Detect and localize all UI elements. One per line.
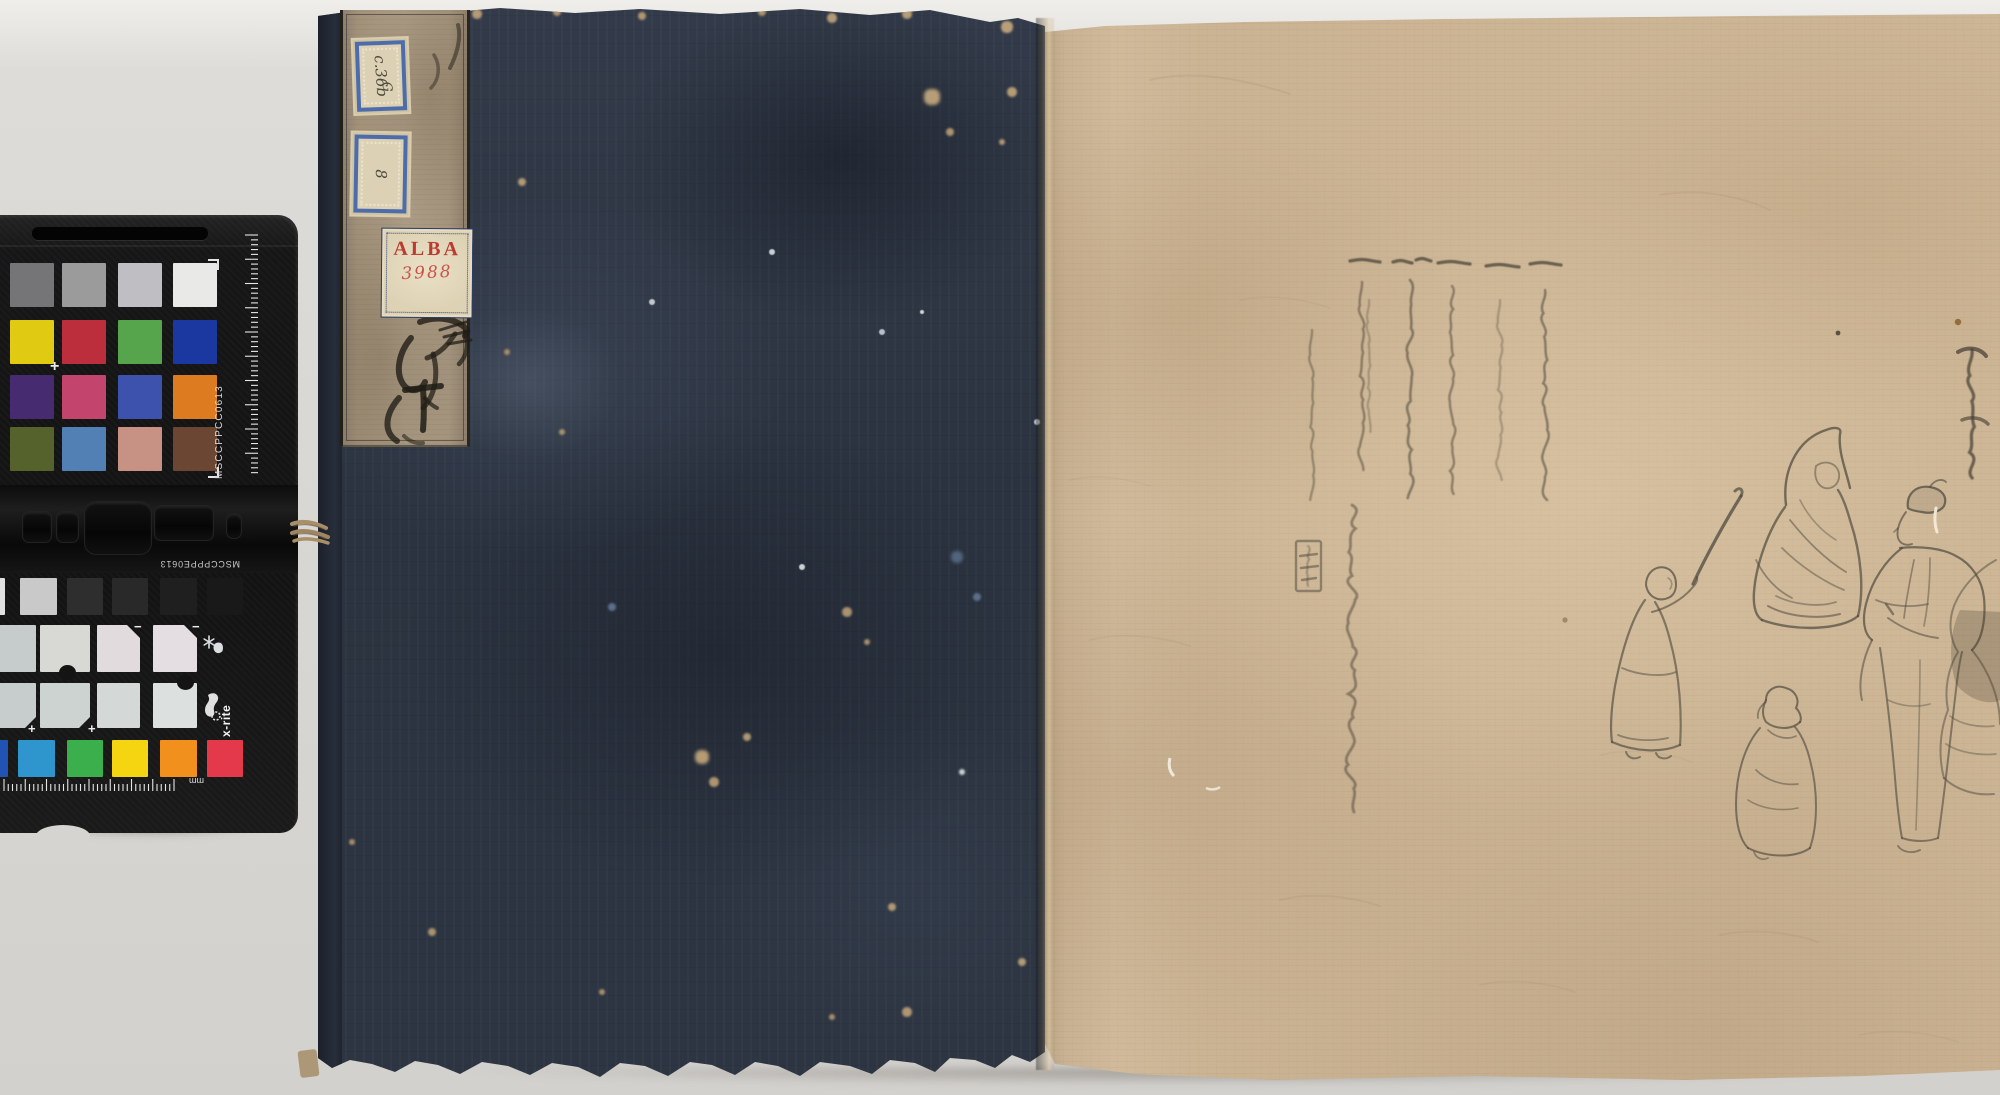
color-patch [40, 625, 90, 672]
plus-mark: + [28, 721, 36, 736]
cover-wear-spots [318, 8, 322, 12]
accession-stamp: 8 [349, 130, 411, 217]
colorchecker-enhancement-card [0, 573, 298, 833]
hinge-clasp [84, 501, 152, 555]
colorchecker-case: + MSCCPPCC0613 MSCCPPPE0613 − − + + [0, 215, 298, 833]
alba-collection-label: ALBA 3988 [381, 228, 474, 319]
minus-mark: − [134, 619, 142, 634]
color-patch [118, 263, 162, 307]
figure-sketch-right-partial [1941, 560, 2000, 794]
color-patch [62, 375, 106, 419]
color-patch [118, 427, 162, 471]
color-patch [0, 625, 36, 672]
snowflake-icon [203, 633, 225, 657]
paper-fibers [1070, 76, 1958, 1042]
color-patch [173, 427, 217, 471]
color-patch [67, 740, 103, 777]
case-finger-notch [36, 825, 90, 847]
hinge-latch [22, 511, 52, 543]
color-patch [112, 578, 148, 615]
figure-sketch-monk [1736, 687, 1816, 859]
stamp-handwriting: 8 [371, 169, 389, 179]
spine-title-slip: c.36b C 8 ALBA 3988 [340, 10, 470, 447]
color-patch [40, 683, 90, 728]
hinge-clasp [154, 505, 214, 541]
vertical-ruler [232, 231, 260, 483]
color-patch [173, 320, 217, 364]
registration-cross-icon: + [50, 358, 59, 376]
color-patch [153, 683, 197, 728]
hinge-latch [226, 513, 242, 539]
color-patch [10, 320, 54, 364]
card-serial-number: MSCCPPPE0613 [150, 559, 240, 569]
color-patch [160, 578, 197, 615]
color-patch [62, 263, 106, 307]
accession-stamp: c.36b C [351, 36, 412, 116]
page-ink-layer [1045, 10, 2000, 1095]
collection-name: ALBA [382, 238, 472, 262]
color-patch [207, 578, 243, 615]
color-patch [0, 740, 8, 777]
figure-sketch-seated-hooded [1754, 428, 1861, 628]
color-patch [97, 683, 140, 728]
color-patch [207, 740, 243, 777]
millimeter-ruler [2, 775, 180, 793]
color-patch [118, 320, 162, 364]
color-patch [62, 427, 106, 471]
color-patch [10, 263, 54, 307]
minus-mark: − [192, 619, 200, 634]
cover-corner-chip [297, 1049, 319, 1078]
handwritten-columns [1307, 258, 1975, 812]
color-patch [173, 375, 217, 419]
paper-specks [1169, 319, 1961, 790]
photograph-of-bound-manuscript: + MSCCPPCC0613 MSCCPPPE0613 − − + + [0, 0, 2000, 1095]
collection-number: 3988 [382, 261, 473, 285]
color-patch [153, 625, 197, 672]
stamp-border: c.36b C [355, 40, 407, 112]
color-patch [112, 740, 148, 777]
color-patch [118, 375, 162, 419]
xrite-brand-label: x-rite [219, 689, 233, 737]
color-patch [0, 578, 5, 615]
cover-scuff-flecks [318, 8, 322, 12]
color-patch [62, 320, 106, 364]
card-serial-number: MSCCPPCC0613 [214, 261, 225, 479]
color-patch [160, 740, 197, 777]
color-patch [18, 740, 55, 777]
hinge-latch [56, 511, 79, 543]
ruler-unit-label: mm [180, 776, 204, 786]
plus-mark: + [88, 721, 96, 736]
color-patch [20, 578, 57, 615]
boxed-character [1296, 541, 1321, 591]
binding-cord [288, 514, 334, 550]
stamp-border: 8 [353, 135, 407, 214]
color-patch [10, 427, 54, 471]
color-patch [67, 578, 103, 615]
color-patch [10, 375, 54, 419]
figure-sketch-staff-bearer [1611, 489, 1742, 759]
